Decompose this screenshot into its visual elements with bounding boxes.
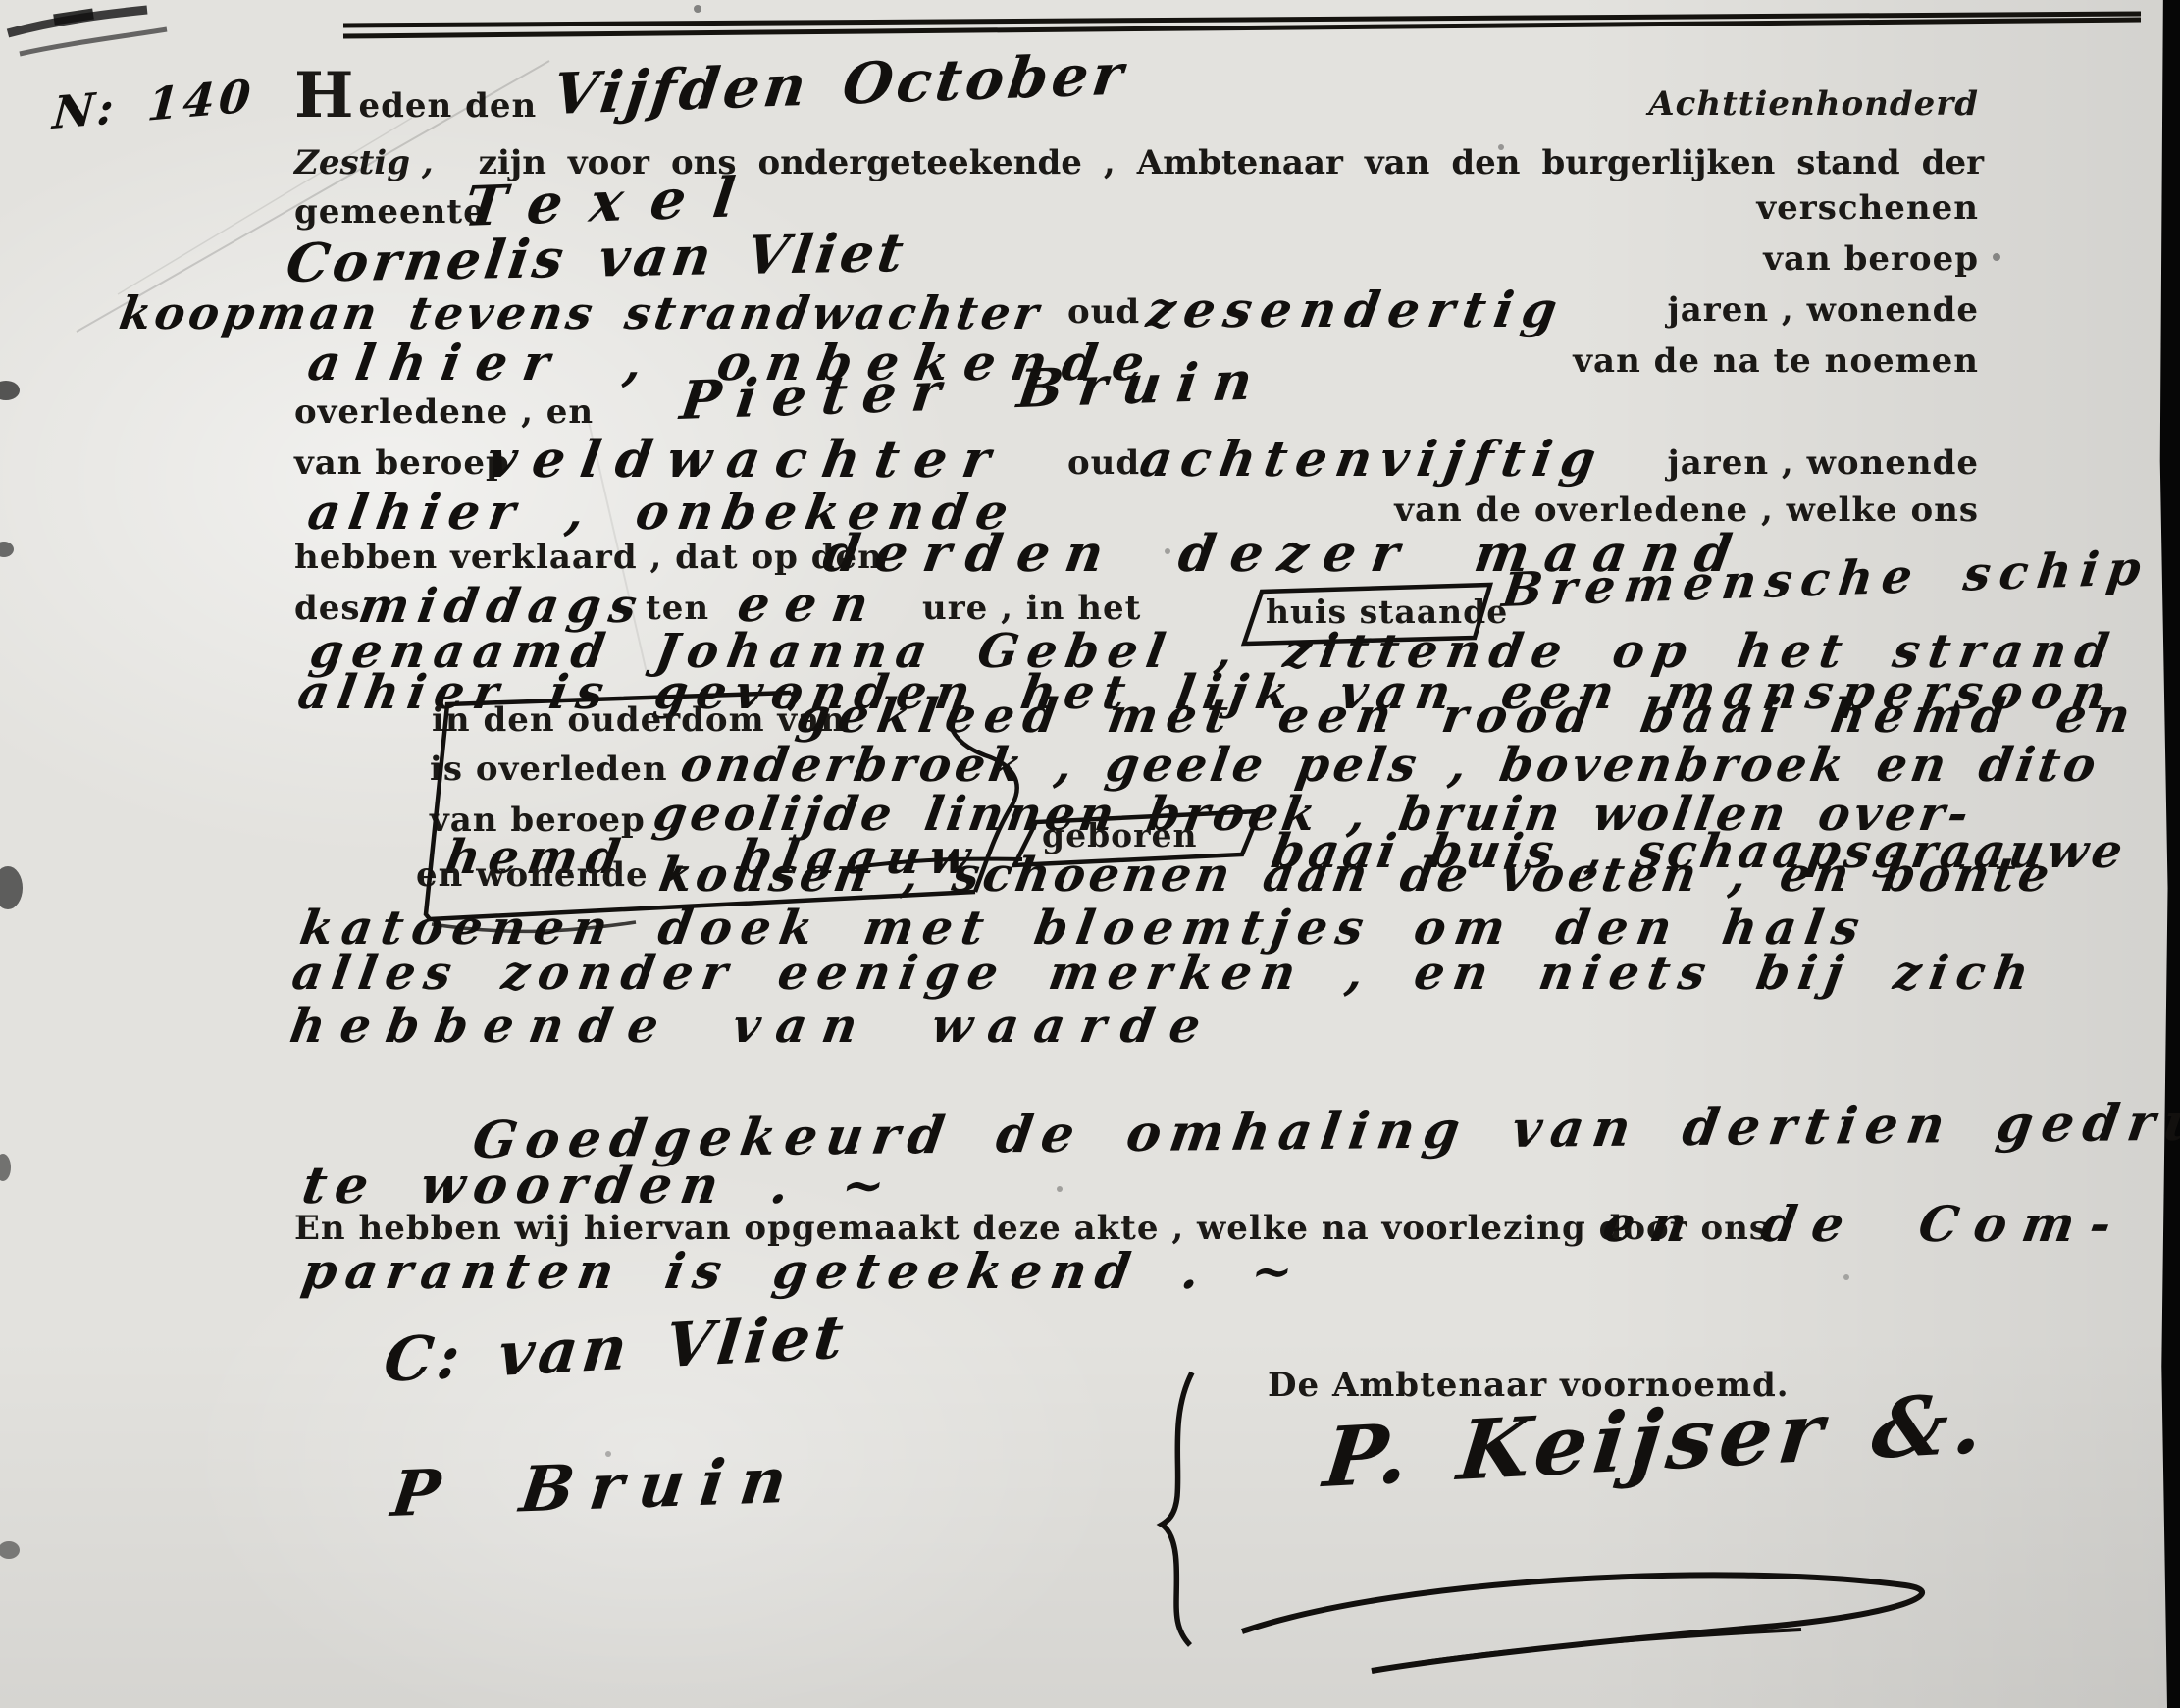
hw-comparant1-name: Cornelis van Vliet — [283, 221, 911, 294]
signature-comparant1: C: van Vliet — [381, 1301, 851, 1396]
scan-right-edge-band — [2154, 0, 2180, 1708]
hw-clothing-7: alles zonder eenige merken , en niets bi… — [288, 946, 2042, 1001]
hw-clothing-1: gekleed met een rood baai hemd en — [793, 689, 2143, 744]
edge-blob-1 — [0, 381, 20, 400]
hw-closing-1: en de Com- — [1599, 1195, 2131, 1253]
printed-ten: ten — [646, 589, 709, 628]
hw-clothing-5: kousen , schoenen aan de voeten , en bon… — [655, 848, 2057, 903]
edge-blob-3 — [0, 866, 23, 909]
printed-verschenen: verschenen — [1756, 188, 1979, 228]
corner-smudge-3 — [54, 14, 93, 20]
hw-comparant1-age: zesendertig — [1143, 281, 1570, 338]
hw-closing-2: paranten is geteekend . ~ — [298, 1242, 1306, 1300]
printed-oud-2: oud — [1067, 443, 1140, 483]
printed-na-te-noemen: van de na te noemen — [1573, 341, 1979, 381]
printed-in-den-ouderdom-van: in den ouderdom van — [432, 700, 846, 740]
hw-goedgekeurd-2: te woorden . ~ — [298, 1156, 899, 1216]
speck-3 — [1993, 253, 2000, 261]
speck-7 — [1843, 1274, 1849, 1280]
printed-van-beroep-1: van beroep — [1763, 239, 1979, 279]
dropcap-h: H — [294, 65, 354, 128]
printed-zestig: Zestig , — [294, 143, 434, 182]
printed-jaren-wonende-1: jaren , wonende — [1667, 290, 1979, 330]
corner-smudge-2 — [20, 29, 167, 54]
printed-jaren-wonende-2: jaren , wonende — [1667, 443, 1979, 483]
corner-smudge-1 — [8, 10, 147, 33]
signature-brace — [1162, 1372, 1192, 1645]
signature-flourish — [1242, 1575, 1922, 1671]
death-record-scan: N: 140 Heden den Vijfden October Achttie… — [0, 0, 2180, 1708]
margin-act-number: N: 140 — [51, 69, 256, 139]
hw-comparant2-age: achtenvijftig — [1136, 430, 1609, 488]
printed-year: Achttienhonderd — [1648, 84, 1979, 124]
edge-blob-5 — [0, 1541, 20, 1559]
signature-comparant2: P Bruin — [388, 1444, 806, 1531]
hw-comparant1-occupation: koopman tevens strandwachter — [116, 286, 1046, 339]
printed-heden-den: Heden den — [294, 65, 537, 128]
printed-is-overleden: is overleden — [430, 750, 668, 789]
printed-oud-1: oud — [1067, 292, 1140, 332]
edge-blob-2 — [0, 542, 14, 557]
hw-clothing-8: hebbende van waarde — [286, 999, 1220, 1054]
printed-hebben-verklaard: hebben verklaard , dat op den — [294, 538, 883, 577]
printed-van-beroep-2: van beroep — [294, 443, 510, 483]
printed-gemeente: gemeente — [294, 192, 486, 232]
hw-act-date: Vijfden October — [549, 41, 1130, 128]
hw-comparant2-occupation: veldwachter — [483, 430, 1011, 490]
speck-1 — [694, 5, 701, 13]
printed-overledene-en: overledene , en — [294, 392, 594, 432]
printed-des: des — [294, 589, 361, 628]
printed-en-wonende: en wonende — [416, 855, 649, 895]
hw-clothing-2: onderbroek , geele pels , bovenbroek en … — [677, 738, 2103, 793]
printed-ure-in-het: ure , in het — [922, 589, 1141, 628]
top-rule-upper — [343, 14, 2141, 26]
edge-blob-4 — [0, 1154, 11, 1181]
signature-flourish-return — [1372, 1630, 1801, 1671]
speck-5 — [1057, 1186, 1063, 1192]
top-rule-lower — [343, 20, 2141, 36]
